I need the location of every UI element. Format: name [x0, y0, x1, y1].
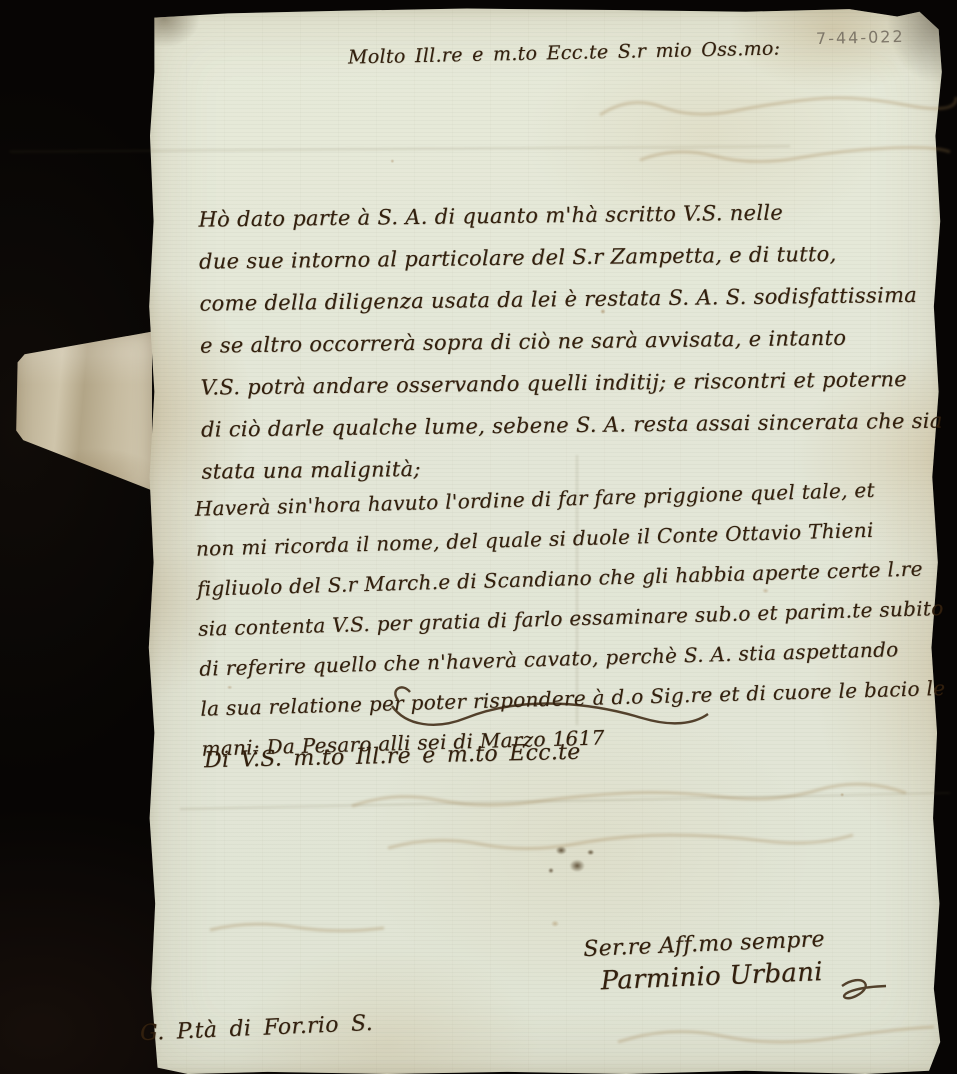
paragraph-1: Hò dato parte à S. A. di quanto m'hà scr… — [198, 189, 957, 492]
ink-stain — [542, 836, 606, 884]
paragraph-2: Haverà sin'hora havuto l'ordine di far f… — [194, 467, 957, 768]
signature-block: Ser.re Aff.mo sempre Parminio Urbani — [583, 927, 827, 997]
catalog-number: 7-44-022 — [816, 27, 905, 48]
manuscript-photograph: 7-44-022 Molto Ill.re e m.to Ecc.te S.r … — [0, 0, 957, 1074]
